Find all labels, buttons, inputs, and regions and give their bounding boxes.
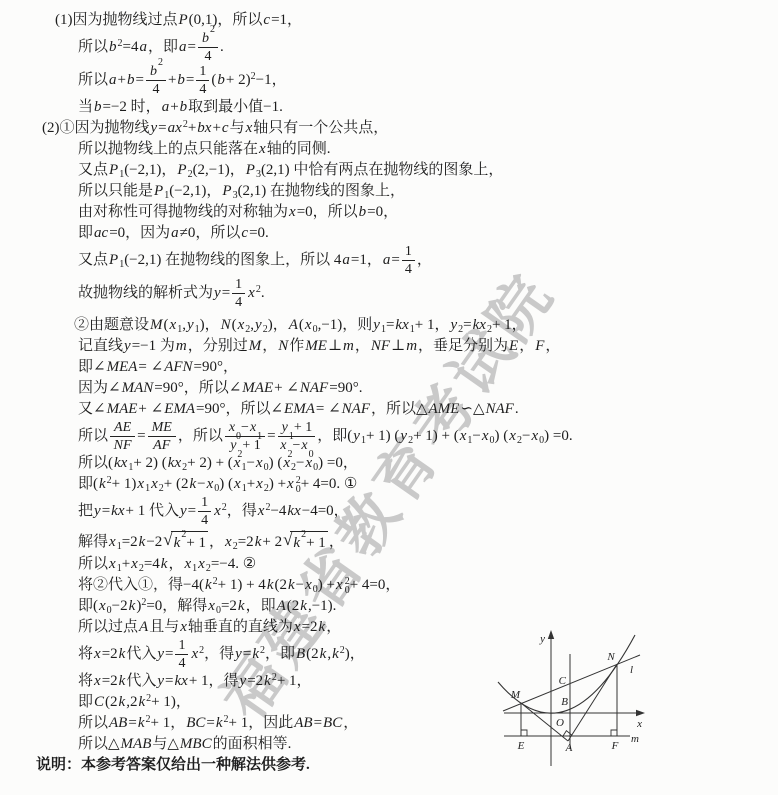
solution-line: 所以 a + b=b24 + b=14(b + 2)2−1， bbox=[0, 64, 778, 97]
solution-line: 把 y=kx + 1 代入 y=14x2，得 x2−4kx−4=0， bbox=[0, 495, 778, 528]
label-point-E: E bbox=[517, 740, 525, 752]
solution-line: 所以(kx1+ 2) (kx2+ 2) + (x1−x0) (x2−x0) =0… bbox=[0, 453, 778, 474]
label-x-axis: x bbox=[636, 718, 642, 730]
solution-line: (1)因为抛物线过点 P(0,1)，所以 c=1， bbox=[0, 10, 778, 31]
solution-line: 所以只能是 P1(−2,1)，P3(2,1) 在抛物线的图象上， bbox=[0, 181, 778, 202]
label-point-F: F bbox=[611, 740, 619, 752]
right-angle-F-icon bbox=[611, 730, 617, 736]
solution-line: (2)①因为抛物线 y=ax2+ bx + c 与 x 轴只有一个公共点， bbox=[0, 118, 778, 139]
label-point-M: M bbox=[510, 689, 521, 701]
label-point-A: A bbox=[565, 742, 573, 754]
solution-line: 所以 b2=4a，即 a=b24. bbox=[0, 31, 778, 64]
label-point-N: N bbox=[606, 651, 615, 663]
label-y-axis: y bbox=[539, 633, 545, 645]
segment-AN bbox=[568, 664, 617, 741]
x-axis-arrow-icon bbox=[636, 710, 645, 716]
solution-line: 将②代入①，得−4(k2+ 1) + 4k(2k−x0) + x20+ 4=0， bbox=[0, 575, 778, 596]
solution-line: 又点 P1(−2,1)，P2(2,−1)，P3(2,1) 中恰有两点在抛物线的图… bbox=[0, 160, 778, 181]
solution-line: 又∠MAE + ∠EMA=90°，所以∠EMA = ∠NAF，所以△AME∽△N… bbox=[0, 399, 778, 420]
solution-line: 又点 P1(−2,1) 在抛物线的图象上，所以 4a=1，a=14， bbox=[0, 244, 778, 277]
solution-line: 解得 x1=2k−2 √k2+ 1，x2=2k + 2 √k2+ 1， bbox=[0, 531, 778, 554]
right-angle-E-icon bbox=[521, 730, 527, 736]
label-point-C: C bbox=[559, 675, 567, 687]
solution-line: 由对称性可得抛物线的对称轴为 x=0，所以 b=0， bbox=[0, 202, 778, 223]
label-point-B: B bbox=[561, 696, 568, 708]
y-axis-arrow-icon bbox=[548, 630, 554, 639]
solution-line: 所以抛物线上的点只能落在 x 轴的同侧. bbox=[0, 139, 778, 160]
solution-line: 即 ac=0，因为 a≠0，所以 c=0. bbox=[0, 223, 778, 244]
line-l bbox=[503, 655, 640, 711]
solution-line: 当 b=−2 时，a + b 取到最小值−1. bbox=[0, 97, 778, 118]
solution-line: 记直线 y=−1 为 m，分别过 M，N 作 ME⊥m，NF⊥m，垂足分别为 E… bbox=[0, 336, 778, 357]
label-line-l: l bbox=[630, 664, 633, 676]
label-origin-O: O bbox=[556, 717, 564, 729]
solution-line: 即∠MEA = ∠AFN=90°， bbox=[0, 357, 778, 378]
solution-line: 因为∠MAN=90°，所以∠MAE + ∠NAF=90°. bbox=[0, 378, 778, 399]
label-line-m: m bbox=[631, 733, 639, 745]
coordinate-diagram: y x N l C M B O E A F m bbox=[492, 628, 667, 788]
solution-line: 所以 x1+ x2=4k，x1x2=−4. ② bbox=[0, 554, 778, 575]
solution-line: ②由题意设 M(x1,y1)，N(x2,y2)，A(x0,−1)，则 y1=kx… bbox=[0, 315, 778, 336]
solution-line: 故抛物线的解析式为 y=14x2. bbox=[0, 277, 778, 310]
solution-line: 即(x0−2k)2=0，解得 x0=2k，即 A(2k,−1). bbox=[0, 596, 778, 617]
math-figure: y x N l C M B O E A F m bbox=[492, 628, 667, 795]
scanned-answer-page: 福建省教育考试院 (1)因为抛物线过点 P(0,1)，所以 c=1，所以 b2=… bbox=[0, 0, 778, 795]
solution-line: 即(k2+ 1)x1x2+ (2k−x0) (x1+ x2) + x20+ 4=… bbox=[0, 474, 778, 495]
solution-line: 所以AENF=MEAF，所以x0−x1y2+ 1=y1+ 1x2−x0，即(y1… bbox=[0, 420, 778, 453]
